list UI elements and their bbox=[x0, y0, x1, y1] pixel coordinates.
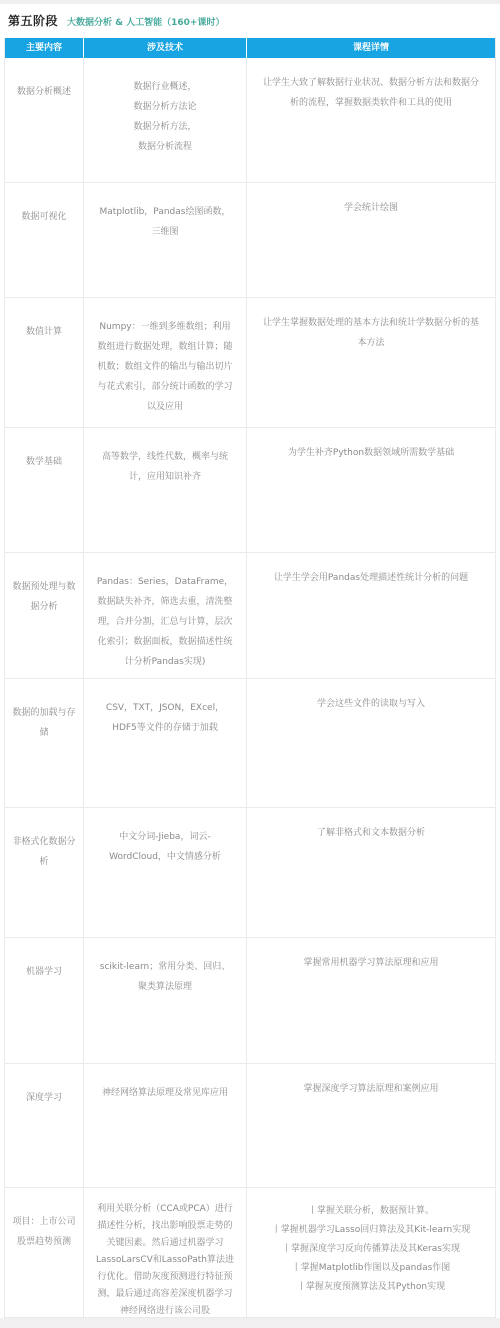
cell-course-detail: 了解非格式和文本数据分析 bbox=[247, 808, 495, 937]
cell-course-detail: 为学生补齐Python数据领域所需数学基础 bbox=[247, 428, 495, 552]
cell-tech: Matplotlib，Pandas绘图函数，三维图 bbox=[84, 183, 247, 297]
cell-main-content: 数值计算 bbox=[5, 298, 84, 427]
cell-main-content: 数学基础 bbox=[5, 428, 84, 552]
table-row: 机器学习 scikit-learn；常用分类、回归、聚类算法原理 掌握常用机器学… bbox=[5, 937, 495, 1063]
cell-course-detail: 让学生学会用Pandas处理描述性统计分析的问题 bbox=[247, 553, 495, 678]
cell-course-detail: 学会这些文件的读取与写入 bbox=[247, 679, 495, 807]
cell-main-content: 非格式化数据分析 bbox=[5, 808, 84, 937]
cell-tech: 高等数学，线性代数，概率与统计，应用知识补齐 bbox=[84, 428, 247, 552]
table-row: 数据的加载与存储 CSV，TXT，JSON，EXcel，HDF5等文件的存储于加… bbox=[5, 678, 495, 807]
table-row: 数值计算 Numpy：一维到多维数组；利用数组进行数据处理，数组计算；随机数；数… bbox=[5, 297, 495, 427]
stage-subtitle: 大数据分析 & 人工智能（160+课时） bbox=[67, 15, 224, 28]
header-main-content: 主要内容 bbox=[5, 38, 84, 58]
table-header-row: 主要内容 涉及技术 课程详情 bbox=[5, 38, 495, 58]
header-course-detail: 课程详情 bbox=[247, 38, 495, 58]
bottom-divider bbox=[0, 1318, 500, 1328]
cell-main-content: 数据的加载与存储 bbox=[5, 679, 84, 807]
header-tech: 涉及技术 bbox=[84, 38, 247, 58]
table-row-project: 项目：上市公司股票趋势预测 利用关联分析（CCA或PCA）进行描述性分析，找出影… bbox=[5, 1187, 495, 1317]
cell-course-detail: 让学生掌握数据处理的基本方法和统计学数据分析的基本方法 bbox=[247, 298, 495, 427]
section-header: 第五阶段 大数据分析 & 人工智能（160+课时） bbox=[0, 4, 500, 38]
cell-main-content: 机器学习 bbox=[5, 938, 84, 1063]
cell-course-detail: 掌握深度学习算法原理和案例应用 bbox=[247, 1064, 495, 1187]
cell-main-content: 项目：上市公司股票趋势预测 bbox=[5, 1188, 84, 1317]
curriculum-table: 主要内容 涉及技术 课程详情 数据分析概述 数据行业概述， 数据分析方法论 数据… bbox=[4, 38, 496, 1318]
table-row: 数据可视化 Matplotlib，Pandas绘图函数，三维图 学会统计绘图 bbox=[5, 182, 495, 297]
cell-tech: Numpy：一维到多维数组；利用数组进行数据处理，数组计算；随机数；数组文件的输… bbox=[84, 298, 247, 427]
cell-course-detail: 学会统计绘图 bbox=[247, 183, 495, 297]
cell-main-content: 数据可视化 bbox=[5, 183, 84, 297]
cell-main-content: 数据分析概述 bbox=[5, 58, 84, 182]
cell-course-detail: 让学生大致了解数据行业状况、数据分析方法和数据分析的流程，掌握数据类软件和工具的… bbox=[247, 58, 495, 182]
cell-tech: 利用关联分析（CCA或PCA）进行描述性分析，找出影响股票走势的关键因素。然后通… bbox=[84, 1188, 247, 1317]
cell-tech: 数据行业概述， 数据分析方法论 数据分析方法， 数据分析流程 bbox=[84, 58, 247, 182]
stage-title: 第五阶段 bbox=[8, 12, 58, 29]
cell-tech: CSV，TXT，JSON，EXcel，HDF5等文件的存储于加载 bbox=[84, 679, 247, 807]
table-row: 非格式化数据分析 中文分词-Jieba，词云-WordCloud，中文情感分析 … bbox=[5, 807, 495, 937]
cell-course-detail: 掌握常用机器学习算法原理和应用 bbox=[247, 938, 495, 1063]
table-row: 数学基础 高等数学，线性代数，概率与统计，应用知识补齐 为学生补齐Python数… bbox=[5, 427, 495, 552]
table-row: 深度学习 神经网络算法原理及常见库应用 掌握深度学习算法原理和案例应用 bbox=[5, 1063, 495, 1187]
table-row: 数据预处理与数据分析 Pandas：Series，DataFrame，数据缺失补… bbox=[5, 552, 495, 678]
cell-tech: scikit-learn；常用分类、回归、聚类算法原理 bbox=[84, 938, 247, 1063]
cell-main-content: 数据预处理与数据分析 bbox=[5, 553, 84, 678]
cell-main-content: 深度学习 bbox=[5, 1064, 84, 1187]
cell-course-detail: 丨掌握关联分析，数据预计算。 丨掌握机器学习Lasso回归算法及其Kit-lea… bbox=[247, 1188, 495, 1317]
cell-tech: 中文分词-Jieba，词云-WordCloud，中文情感分析 bbox=[84, 808, 247, 937]
cell-tech: 神经网络算法原理及常见库应用 bbox=[84, 1064, 247, 1187]
cell-tech: Pandas：Series，DataFrame，数据缺失补齐，筛选去重，清洗整理… bbox=[84, 553, 247, 678]
table-row: 数据分析概述 数据行业概述， 数据分析方法论 数据分析方法， 数据分析流程 让学… bbox=[5, 58, 495, 182]
